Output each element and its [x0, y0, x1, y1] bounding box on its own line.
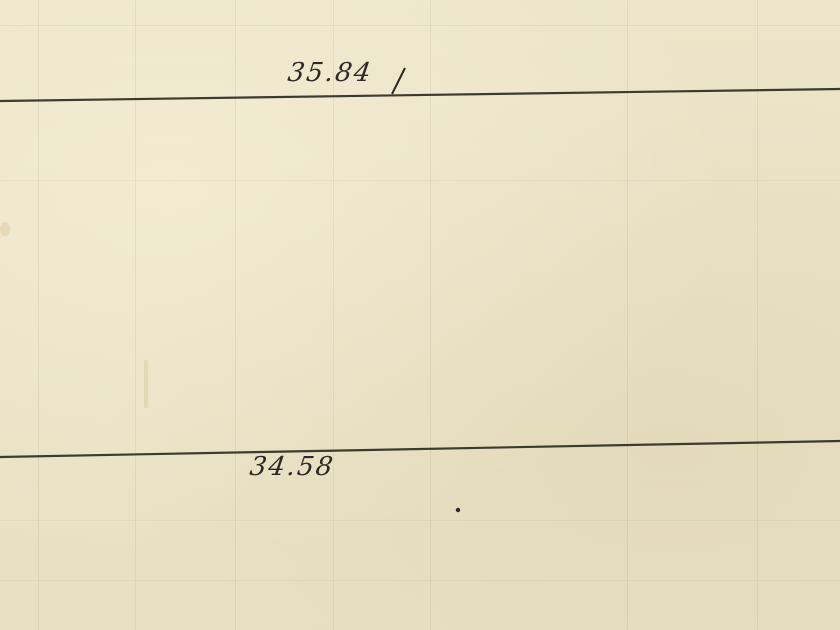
- measurement-tick: [392, 68, 405, 94]
- lower-measurement-label: 34.58: [248, 452, 337, 482]
- upper-boundary-line: [0, 89, 840, 101]
- boundary-lines: [0, 0, 840, 630]
- lower-boundary-line: [0, 441, 840, 457]
- upper-measurement-label: 35.84: [286, 58, 375, 88]
- ink-dot: [456, 508, 460, 512]
